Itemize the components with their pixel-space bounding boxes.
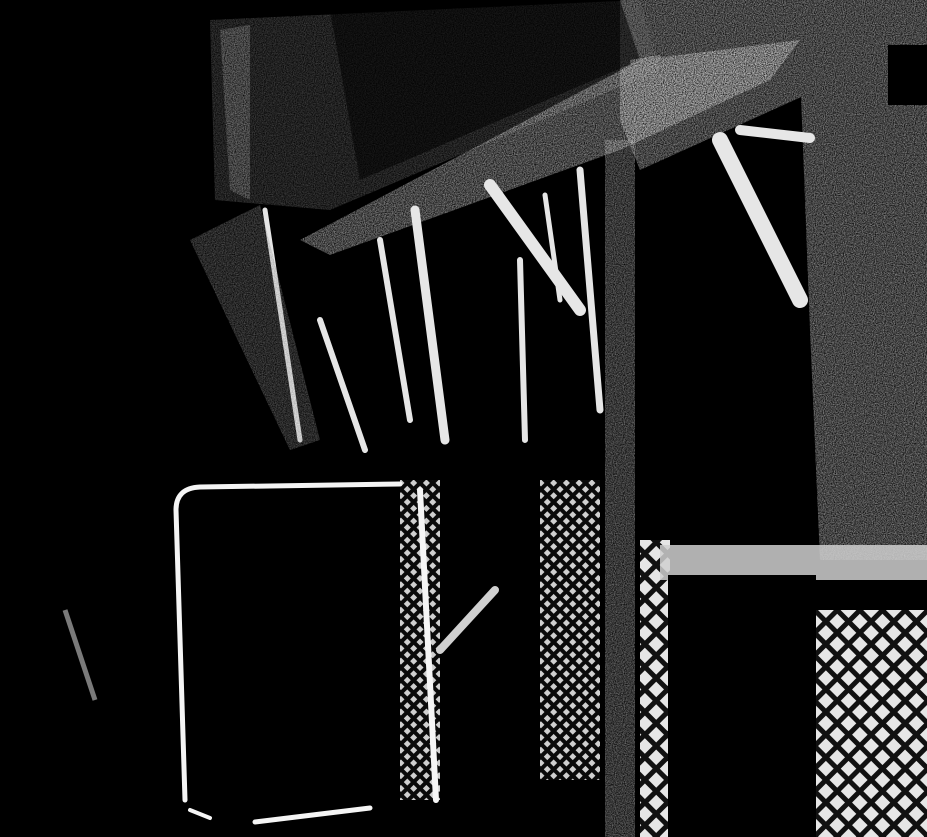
wall-window: [888, 45, 927, 105]
newspaper-photo: [0, 0, 927, 837]
vertical-post: [605, 140, 635, 837]
gate-opening: [668, 575, 816, 837]
